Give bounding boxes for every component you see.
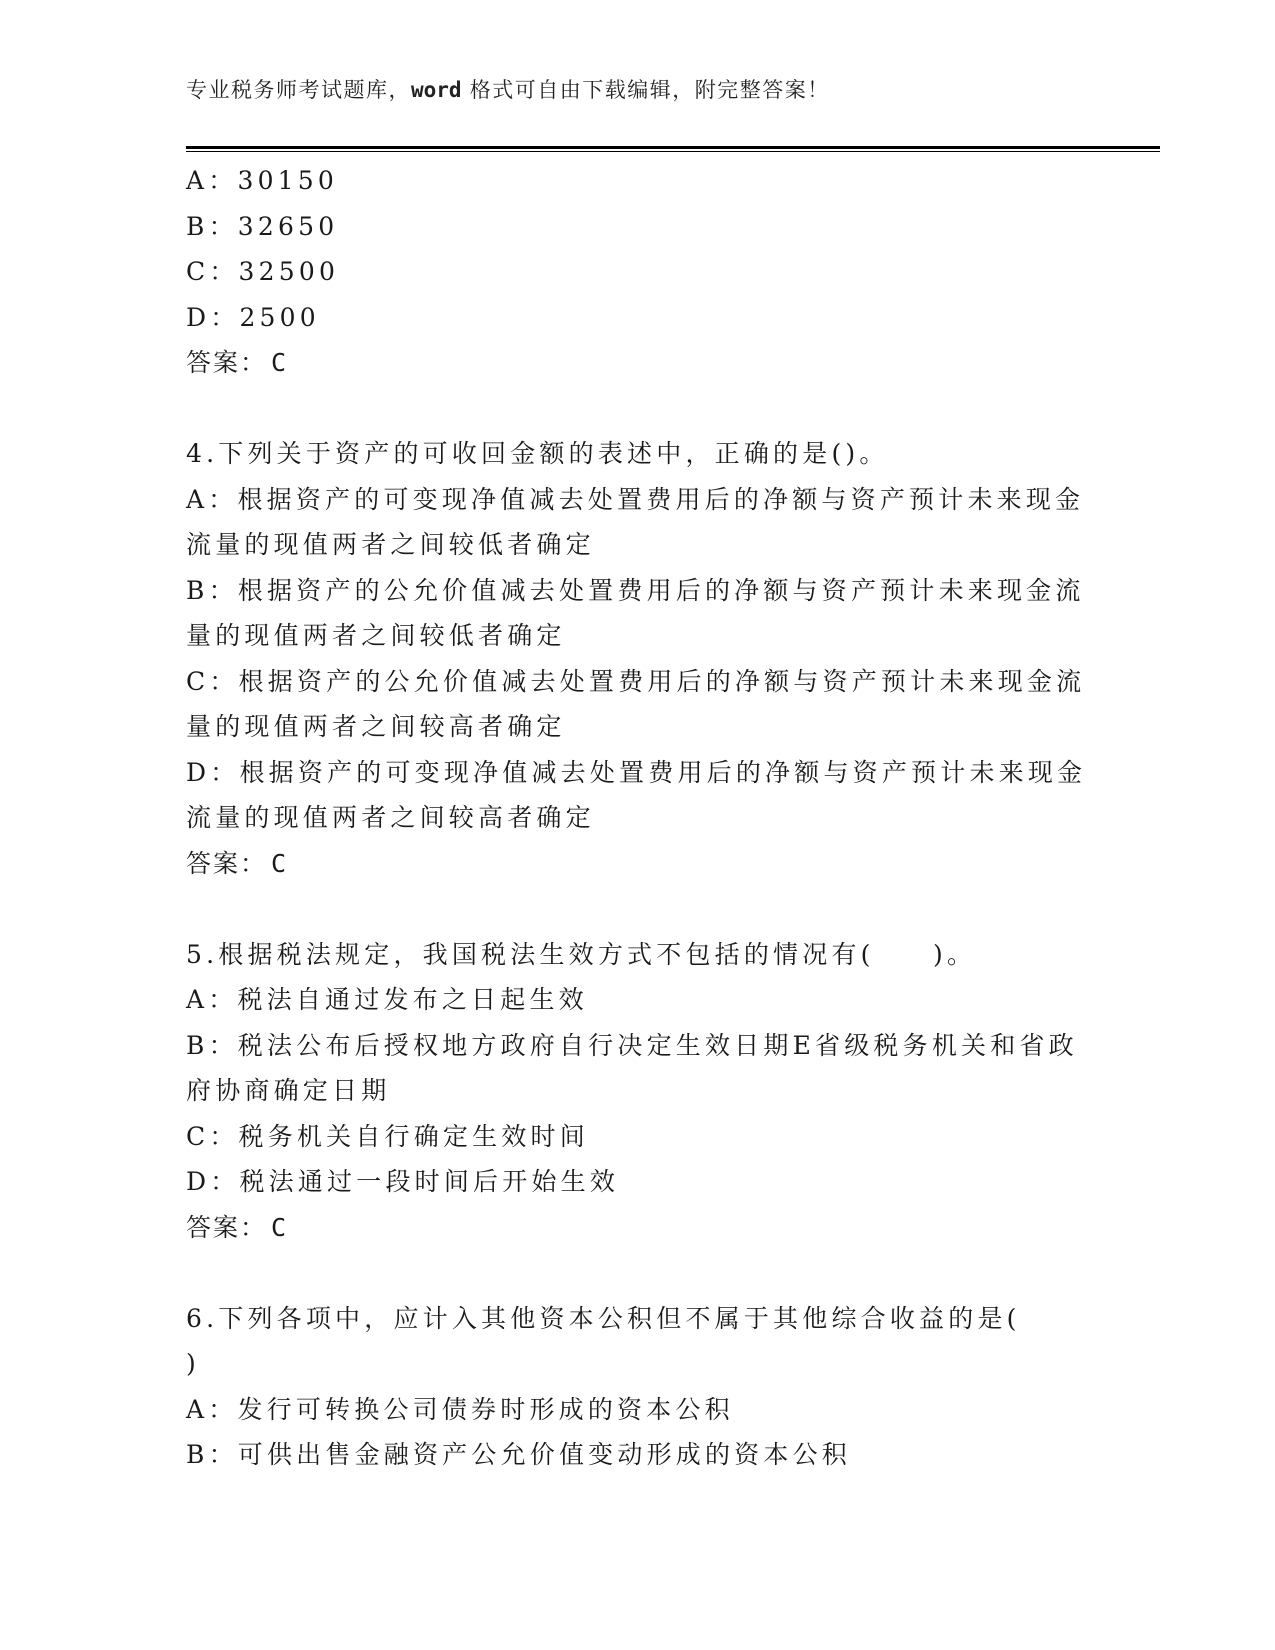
- option-a-cont: 流量的现值两者之间较低者确定: [186, 522, 1086, 568]
- document-body: A：30150 B：32650 C：32500 D：2500 答案：C 4.下列…: [186, 158, 1086, 1478]
- question-6: 6.下列各项中，应计入其他资本公积但不属于其他综合收益的是( ) A：发行可转换…: [186, 1296, 1086, 1478]
- question-stem: 5.根据税法规定，我国税法生效方式不包括的情况有( )。: [186, 932, 1086, 978]
- option-d: D：2500: [186, 295, 1086, 341]
- answer: 答案：C: [186, 841, 1086, 887]
- option-b-cont: 量的现值两者之间较低者确定: [186, 613, 1086, 659]
- answer: 答案：C: [186, 340, 1086, 386]
- spacer: [186, 1250, 1086, 1296]
- option-c: C：税务机关自行确定生效时间: [186, 1114, 1086, 1160]
- option-d: D：税法通过一段时间后开始生效: [186, 1159, 1086, 1205]
- option-a: A：根据资产的可变现净值减去处置费用后的净额与资产预计未来现金: [186, 477, 1086, 523]
- question-stem-cont: ): [186, 1341, 1086, 1387]
- question-stem: 6.下列各项中，应计入其他资本公积但不属于其他综合收益的是(: [186, 1296, 1086, 1342]
- option-b: B：税法公布后授权地方政府自行决定生效日期E省级税务机关和省政: [186, 1023, 1086, 1069]
- header-word: word: [411, 78, 462, 102]
- option-a: A：发行可转换公司债券时形成的资本公积: [186, 1387, 1086, 1433]
- option-b: B：根据资产的公允价值减去处置费用后的净额与资产预计未来现金流: [186, 568, 1086, 614]
- question-3-options: A：30150 B：32650 C：32500 D：2500 答案：C: [186, 158, 1086, 386]
- option-b: B：可供出售金融资产公允价值变动形成的资本公积: [186, 1432, 1086, 1478]
- option-d-cont: 流量的现值两者之间较高者确定: [186, 795, 1086, 841]
- page-header: 专业税务师考试题库，word 格式可自由下载编辑，附完整答案！: [186, 74, 830, 104]
- spacer: [186, 386, 1086, 432]
- document-page: 专业税务师考试题库，word 格式可自由下载编辑，附完整答案！ A：30150 …: [0, 0, 1275, 1650]
- option-a: A：税法自通过发布之日起生效: [186, 977, 1086, 1023]
- option-a: A：30150: [186, 158, 1086, 204]
- question-5: 5.根据税法规定，我国税法生效方式不包括的情况有( )。 A：税法自通过发布之日…: [186, 932, 1086, 1251]
- header-rule-thick: [186, 146, 1160, 149]
- option-b: B：32650: [186, 204, 1086, 250]
- header-rule-thin: [186, 151, 1160, 152]
- question-stem: 4.下列关于资产的可收回金额的表述中，正确的是()。: [186, 431, 1086, 477]
- answer: 答案：C: [186, 1205, 1086, 1251]
- option-b-cont: 府协商确定日期: [186, 1068, 1086, 1114]
- option-c: C：32500: [186, 249, 1086, 295]
- question-4: 4.下列关于资产的可收回金额的表述中，正确的是()。 A：根据资产的可变现净值减…: [186, 431, 1086, 886]
- header-suffix: 格式可自由下载编辑，附完整答案！: [462, 78, 830, 102]
- option-d: D：根据资产的可变现净值减去处置费用后的净额与资产预计未来现金: [186, 750, 1086, 796]
- option-c-cont: 量的现值两者之间较高者确定: [186, 704, 1086, 750]
- option-c: C：根据资产的公允价值减去处置费用后的净额与资产预计未来现金流: [186, 659, 1086, 705]
- header-prefix: 专业税务师考试题库，: [186, 78, 411, 102]
- spacer: [186, 886, 1086, 932]
